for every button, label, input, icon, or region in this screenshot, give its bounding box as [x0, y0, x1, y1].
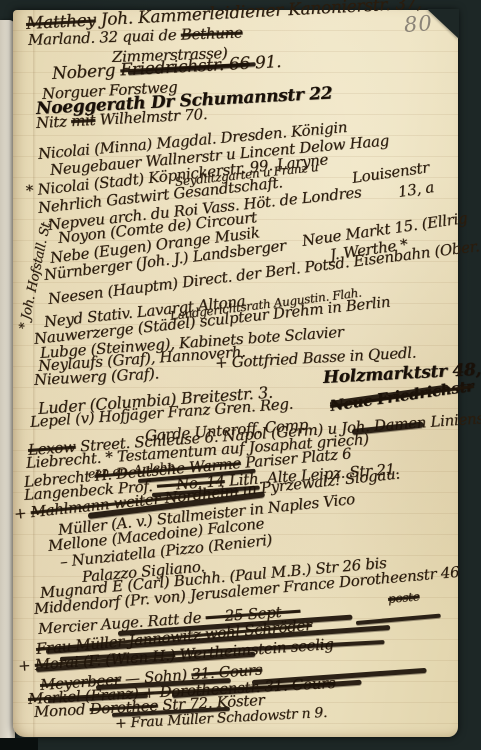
- page-number: 80: [403, 11, 433, 37]
- notebook-page: 80: [13, 10, 458, 737]
- scanned-notebook-photo: 80 Matthey Joh. Kammerleidiener Kanonier…: [0, 0, 481, 750]
- bottom-shadow-strip: [0, 738, 38, 750]
